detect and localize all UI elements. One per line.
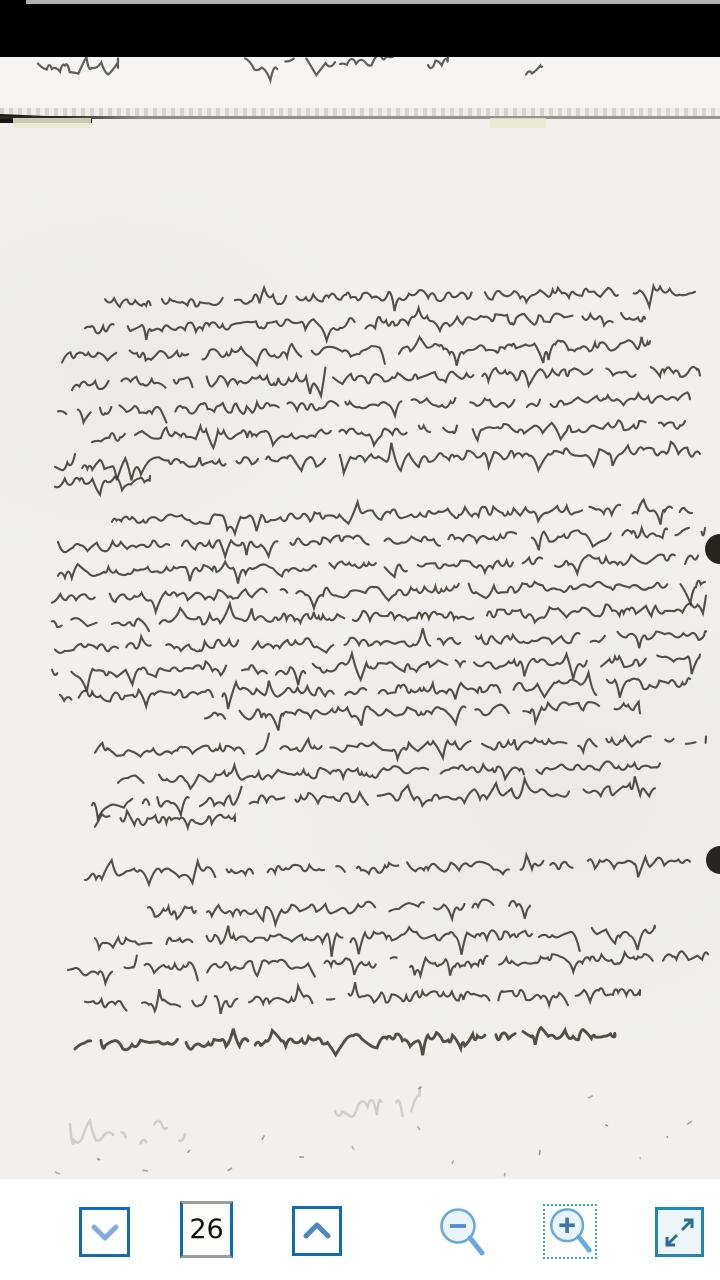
page-down-button[interactable] [79,1207,130,1257]
page-number-input[interactable] [180,1201,233,1258]
chevron-down-icon [82,1210,127,1254]
letterbox-band [0,4,720,57]
magnifier-minus-icon [436,1205,488,1260]
chevron-up-icon [295,1209,339,1253]
binder-notch [706,846,720,874]
zoom-in-button[interactable] [543,1204,597,1259]
expand-arrows-icon [659,1211,701,1254]
fullscreen-button[interactable] [655,1207,704,1257]
page-fold-line [0,116,720,119]
page-top-margin [0,57,720,108]
page-up-button[interactable] [292,1206,342,1256]
zoom-out-button[interactable] [436,1205,488,1260]
viewer-screen [0,0,720,1280]
viewer-toolbar [0,1179,720,1280]
paper-discoloration [13,118,91,128]
magnifier-plus-icon [545,1204,595,1259]
handwriting-layer [0,57,720,1179]
document-page-scan [0,57,720,1180]
binder-notch [705,534,720,564]
paper-discoloration [490,118,546,128]
